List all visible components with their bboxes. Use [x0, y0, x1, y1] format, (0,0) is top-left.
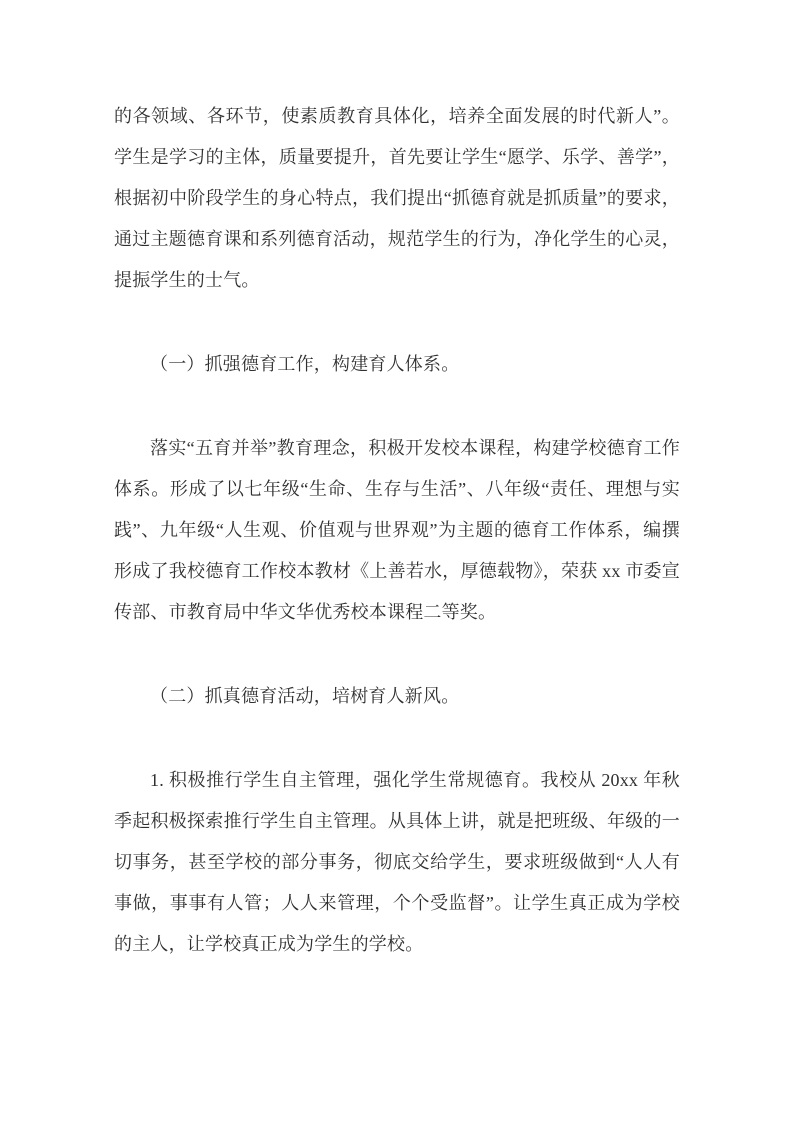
- section-heading-two: （二）抓真德育活动，培树育人新风。: [114, 676, 680, 717]
- paragraph-moral-education-system: 落实“五育并举”教育理念，积极开发校本课程，构建学校德育工作体系。形成了以七年级…: [114, 428, 680, 633]
- paragraph-continuation: 的各领域、各环节，使素质教育具体化，培养全面发展的时代新人”。学生是学习的主体，…: [114, 96, 680, 301]
- document-page: 的各领域、各环节，使素质教育具体化，培养全面发展的时代新人”。学生是学习的主体，…: [0, 0, 793, 1122]
- section-heading-one: （一）抓强德育工作，构建育人体系。: [114, 344, 680, 385]
- paragraph-student-self-management: 1. 积极推行学生自主管理，强化学生常规德育。我校从 20xx 年秋季起积极探索…: [114, 760, 680, 965]
- document-body: 的各领域、各环节，使素质教育具体化，培养全面发展的时代新人”。学生是学习的主体，…: [114, 96, 680, 965]
